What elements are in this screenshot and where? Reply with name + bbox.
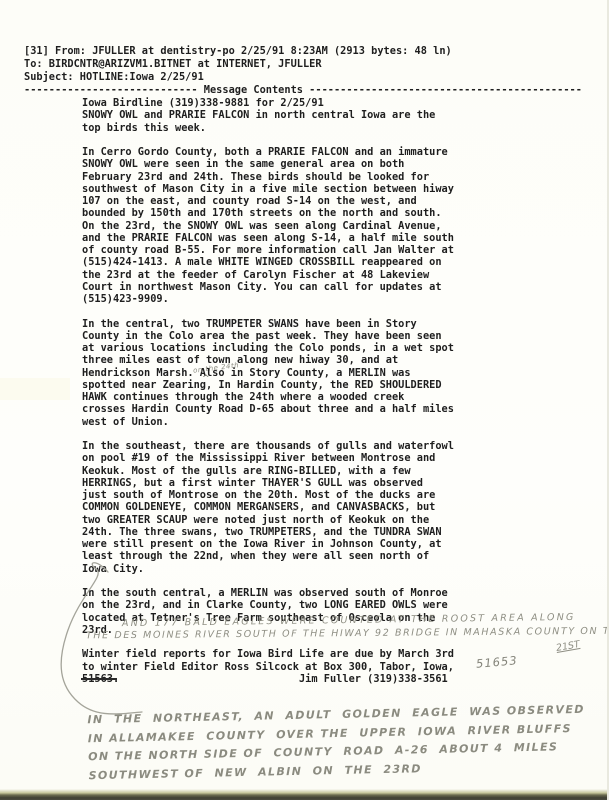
handwritten-eagle-note-date: 21ST [555, 639, 580, 654]
email-header: [31] From: JFULLER at dentistry-po 2/25/… [24, 45, 582, 97]
strikethrough-mark-over-51563 [81, 678, 117, 680]
scan-artifact-tint [0, 378, 70, 400]
caret-insertion-mark: ^ [202, 374, 210, 384]
handwritten-bottom-note-golden-eagle: IN THE NORTHEAST, AN ADULT GOLDEN EAGLE … [87, 701, 586, 785]
handwritten-zip-correction: 51653 [475, 653, 518, 671]
scanned-email-page: [31] From: JFULLER at dentistry-po 2/25/… [0, 0, 609, 800]
message-body-text: Iowa Birdline (319)338-9881 for 2/25/91 … [82, 97, 454, 685]
scan-bottom-edge [0, 789, 609, 800]
